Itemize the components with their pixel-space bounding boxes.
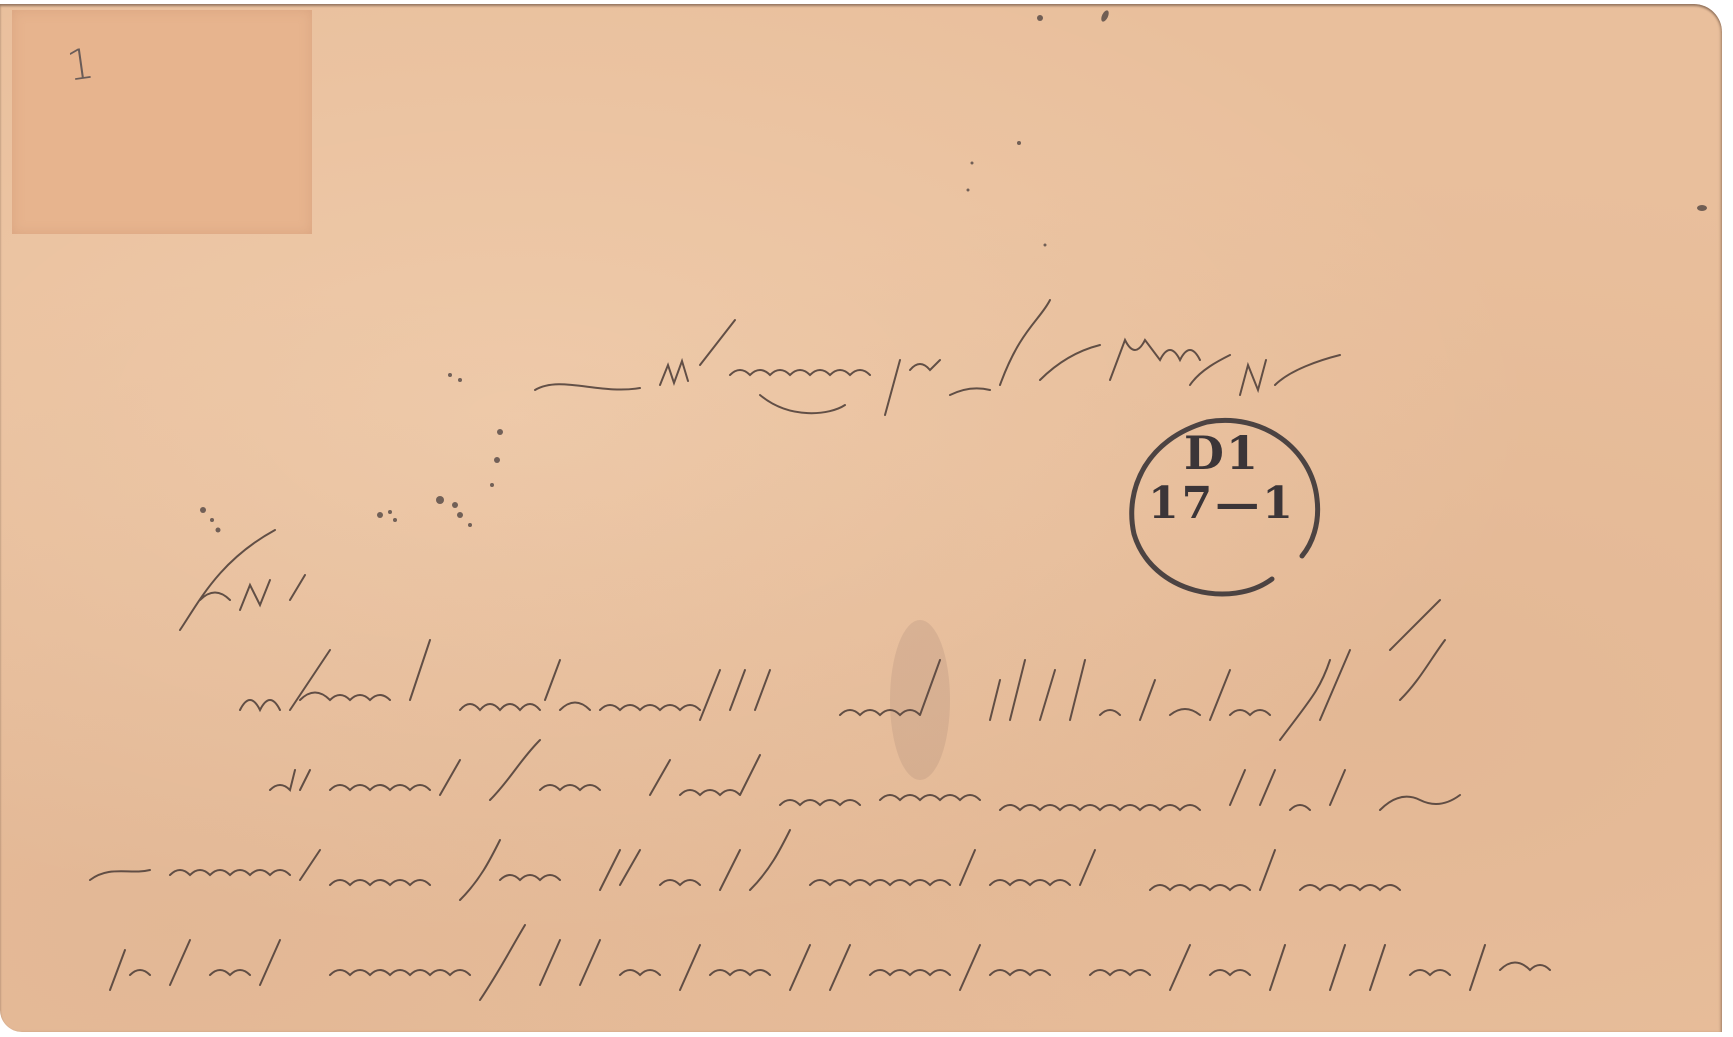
postmark-date: 17—1: [1112, 478, 1332, 529]
pencil-number: 1: [64, 38, 97, 90]
postcard: 1 D1 17—1: [0, 4, 1722, 1032]
postmark: D1 17—1: [1112, 404, 1332, 624]
removed-stamp-area: 1: [12, 10, 312, 234]
postmark-office-code: D1: [1112, 426, 1332, 480]
